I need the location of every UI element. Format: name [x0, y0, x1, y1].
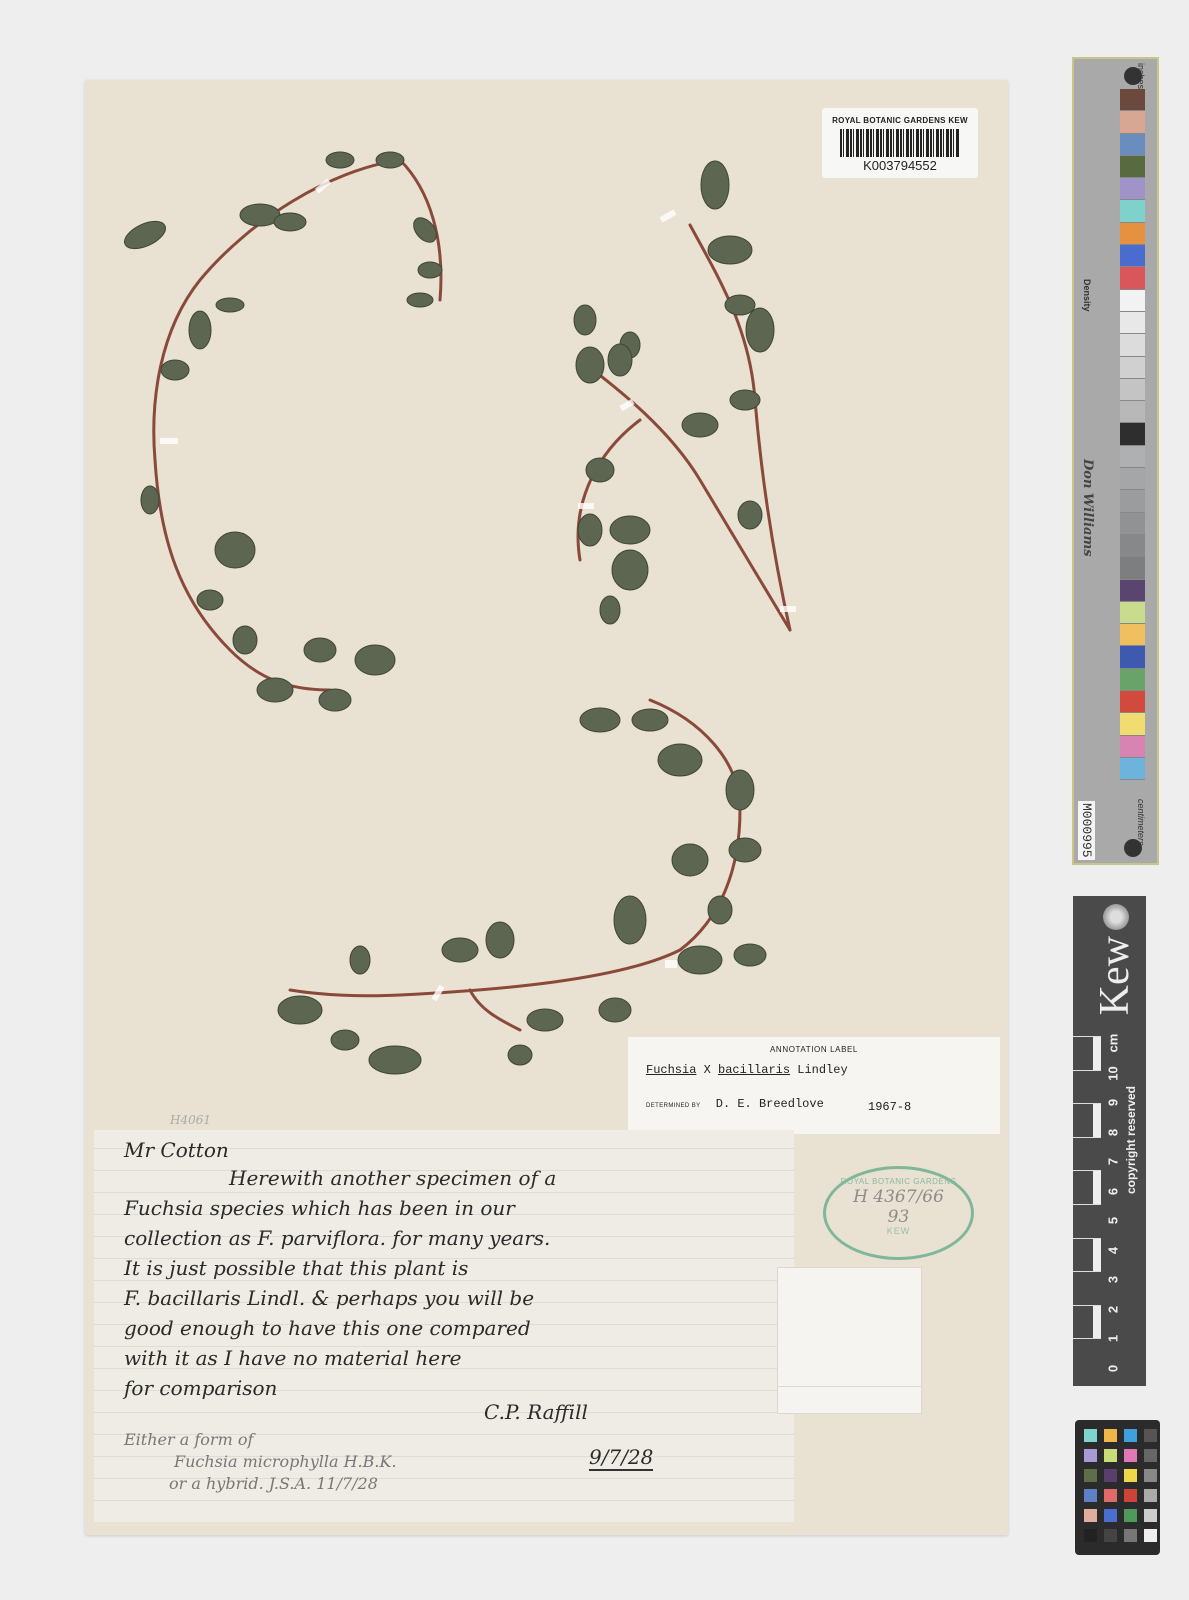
- color-swatch: [1124, 1489, 1137, 1502]
- letter-line: collection as F. parviflora. for many ye…: [124, 1226, 550, 1250]
- color-patch: [1120, 290, 1145, 312]
- color-patch: [1120, 111, 1145, 133]
- color-swatch: [1144, 1489, 1157, 1502]
- color-patch: [1120, 178, 1145, 200]
- color-patch: [1120, 334, 1145, 356]
- color-patch: [1120, 423, 1145, 445]
- color-patch: [1120, 357, 1145, 379]
- color-patch: [1120, 223, 1145, 245]
- color-swatch: [1144, 1429, 1157, 1442]
- accession-note: H4061: [170, 1113, 211, 1127]
- scale-number: 1: [1106, 1330, 1121, 1348]
- letter-line: It is just possible that this plant is: [124, 1256, 468, 1280]
- stamp-number: H 4367/66: [826, 1188, 971, 1206]
- strip-title: inches: [1136, 63, 1146, 89]
- barcode-number: K003794552: [822, 158, 978, 173]
- letter-line: for comparison: [124, 1376, 277, 1400]
- color-patch: [1120, 156, 1145, 178]
- color-calibration-strip: inches Density Don Williams M000995 cent…: [1072, 57, 1159, 865]
- color-patch: [1120, 468, 1145, 490]
- color-patch: [1120, 312, 1145, 334]
- color-swatch: [1124, 1449, 1137, 1462]
- determination: DETERMINED BY D. E. Breedlove: [646, 1097, 824, 1111]
- scale-number: 4: [1106, 1241, 1121, 1259]
- scale-numbers: 0 1 2 3 4 5 6 7 8 9 10 cm: [1104, 1036, 1122, 1376]
- determiner: D. E. Breedlove: [716, 1097, 824, 1111]
- kew-crest-icon: [1103, 904, 1129, 930]
- color-swatch: [1084, 1469, 1097, 1482]
- pencil-note-line: or a hybrid. J.S.A. 11/7/28: [169, 1474, 378, 1493]
- color-swatch: [1084, 1489, 1097, 1502]
- color-checker-card: [1075, 1420, 1160, 1555]
- color-swatch: [1124, 1509, 1137, 1522]
- color-swatch: [1084, 1449, 1097, 1462]
- color-swatch: [1084, 1529, 1097, 1542]
- color-patch: [1120, 557, 1145, 579]
- strip-units: centimeters: [1136, 799, 1146, 846]
- color-patch: [1120, 267, 1145, 289]
- color-swatch: [1084, 1509, 1097, 1522]
- hybrid-sign: X: [704, 1063, 711, 1077]
- color-swatch: [1104, 1449, 1117, 1462]
- scale-number: 10: [1106, 1064, 1121, 1082]
- color-patch: [1120, 535, 1145, 557]
- herbarium-stamp: ROYAL BOTANIC GARDENS H 4367/66 93 KEW: [823, 1166, 974, 1260]
- color-patch: [1120, 646, 1145, 668]
- scale-ticks: [1073, 1036, 1101, 1376]
- color-patch: [1120, 624, 1145, 646]
- barcode-label: ROYAL BOTANIC GARDENS KEW K003794552: [822, 108, 978, 178]
- letter-line: good enough to have this one compared: [124, 1316, 531, 1340]
- color-patch: [1120, 134, 1145, 156]
- signature: C.P. Raffill: [484, 1400, 588, 1424]
- kew-scale-bar: Kew copyright reserved 0 1 2 3 4 5 6 7 8…: [1073, 896, 1146, 1386]
- scale-number: 8: [1106, 1123, 1121, 1141]
- signature-date: 9/7/28: [589, 1445, 653, 1471]
- strip-brand: Don Williams: [1080, 459, 1095, 557]
- scale-number: 7: [1106, 1153, 1121, 1171]
- color-patch: [1120, 713, 1145, 735]
- letter-line: with it as I have no material here: [124, 1346, 461, 1370]
- color-patch: [1120, 401, 1145, 423]
- color-patch: [1120, 513, 1145, 535]
- scale-number: 0: [1106, 1359, 1121, 1377]
- color-patch: [1120, 736, 1145, 758]
- scale-number: 3: [1106, 1271, 1121, 1289]
- color-patch: [1120, 89, 1145, 111]
- letter-line: F. bacillaris Lindl. & perhaps you will …: [124, 1286, 534, 1310]
- handwritten-letter: Mr Cotton Herewith another specimen of a…: [94, 1130, 794, 1522]
- copyright-text: copyright reserved: [1124, 1086, 1138, 1194]
- determination-date: 1967-8: [868, 1100, 911, 1114]
- color-swatch: [1144, 1449, 1157, 1462]
- color-patch: [1120, 602, 1145, 624]
- color-swatch: [1104, 1489, 1117, 1502]
- scale-number: 2: [1106, 1300, 1121, 1318]
- scale-number: 5: [1106, 1212, 1121, 1230]
- letter-line: Mr Cotton: [124, 1138, 229, 1162]
- color-swatch: [1124, 1529, 1137, 1542]
- color-patch: [1120, 669, 1145, 691]
- scale-number: 9: [1106, 1094, 1121, 1112]
- genus: Fuchsia: [646, 1063, 696, 1077]
- color-patch: [1120, 758, 1145, 780]
- color-swatch: [1104, 1509, 1117, 1522]
- color-patch: [1120, 580, 1145, 602]
- color-patch: [1120, 446, 1145, 468]
- color-swatch: [1124, 1469, 1137, 1482]
- stamp-bottom: KEW: [826, 1226, 971, 1236]
- stamp-ring-text: ROYAL BOTANIC GARDENS: [826, 1177, 971, 1186]
- scale-number: 6: [1106, 1182, 1121, 1200]
- color-swatch: [1104, 1429, 1117, 1442]
- color-swatch: [1104, 1469, 1117, 1482]
- color-patch: [1120, 490, 1145, 512]
- color-patch: [1120, 245, 1145, 267]
- letter-line: Fuchsia species which has been in our: [124, 1196, 515, 1220]
- color-patch: [1120, 379, 1145, 401]
- pencil-note-line: Either a form of: [124, 1430, 253, 1449]
- author: Lindley: [797, 1063, 847, 1077]
- strip-id: M000995: [1078, 801, 1095, 860]
- barcode-icon: [840, 129, 960, 157]
- fragment-packet[interactable]: [777, 1267, 922, 1414]
- color-patch: [1120, 200, 1145, 222]
- pencil-note-line: Fuchsia microphylla H.B.K.: [174, 1452, 397, 1471]
- color-swatch: [1144, 1469, 1157, 1482]
- determined-by-label: DETERMINED BY: [646, 1103, 701, 1109]
- color-swatch: [1144, 1529, 1157, 1542]
- density-label: Density: [1082, 279, 1092, 312]
- stamp-sub-number: 93: [826, 1208, 971, 1226]
- letter-line: Herewith another specimen of a: [229, 1166, 556, 1190]
- scale-unit: cm: [1106, 1035, 1121, 1053]
- color-swatch: [1144, 1509, 1157, 1522]
- color-patches: [1120, 89, 1145, 780]
- institution-name: ROYAL BOTANIC GARDENS KEW: [822, 116, 978, 125]
- packet-flap: [778, 1386, 921, 1414]
- annotation-header: ANNOTATION LABEL: [628, 1045, 1000, 1054]
- annotation-label: ANNOTATION LABEL Fuchsia X bacillaris Li…: [628, 1037, 1000, 1134]
- color-swatch: [1084, 1429, 1097, 1442]
- taxon-name: Fuchsia X bacillaris Lindley: [646, 1063, 848, 1077]
- epithet: bacillaris: [718, 1063, 790, 1077]
- kew-logo: Kew: [1091, 936, 1139, 1015]
- color-patch: [1120, 691, 1145, 713]
- color-swatch: [1104, 1529, 1117, 1542]
- color-swatch: [1124, 1429, 1137, 1442]
